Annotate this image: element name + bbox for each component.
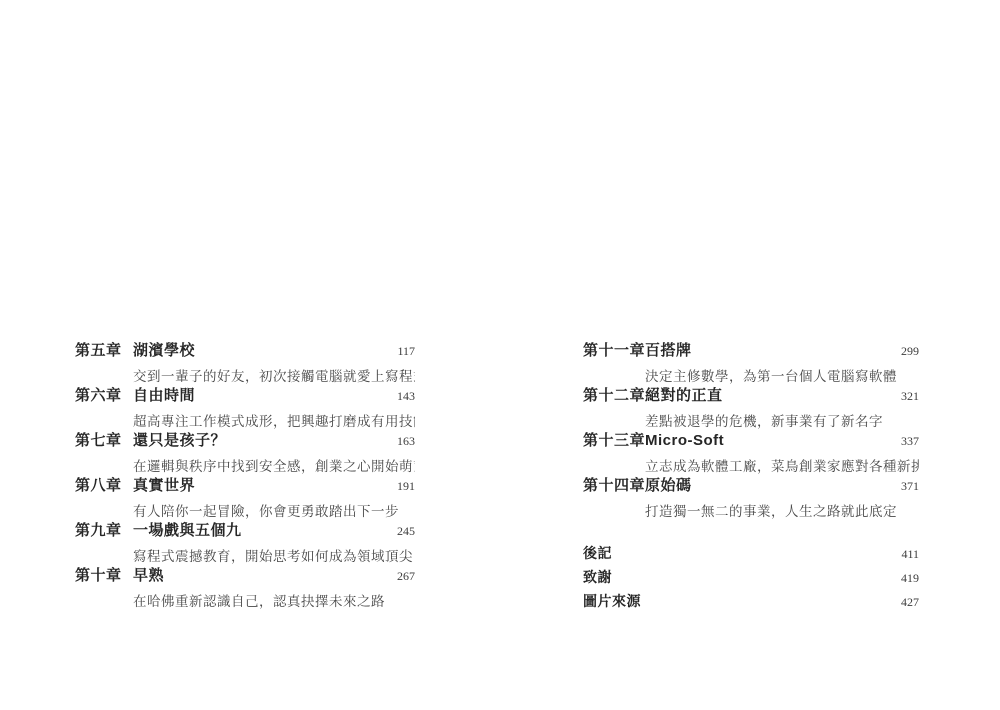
toc-entry-heading: 第十一章 百搭牌 299	[583, 339, 919, 360]
back-matter-section: 後記 411 致謝 419 圖片來源 427	[583, 543, 919, 615]
toc-entry-heading: 第十章 早熟 267	[75, 564, 415, 585]
chapter-title: 絕對的正直	[645, 384, 901, 405]
toc-entry: 第五章 湖濱學校 117 交到一輩子的好友，初次接觸電腦就愛上寫程式	[75, 339, 415, 384]
chapter-title: 還只是孩子？	[133, 429, 397, 450]
back-matter-title: 後記	[583, 543, 901, 563]
chapter-label: 第十一章	[583, 339, 645, 360]
chapter-subtitle: 打造獨一無二的事業，人生之路就此底定	[645, 500, 919, 520]
toc-entry: 第九章 一場戲與五個九 245 寫程式震撼教育，開始思考如何成為領域頂尖	[75, 519, 415, 564]
chapter-subtitle: 差點被退學的危機，新事業有了新名字	[645, 410, 919, 430]
book-toc-page: 第五章 湖濱學校 117 交到一輩子的好友，初次接觸電腦就愛上寫程式 第六章 自…	[0, 0, 1000, 710]
chapter-subtitle: 在哈佛重新認識自己，認真抉擇未來之路	[133, 590, 415, 610]
chapter-subtitle: 決定主修數學，為第一台個人電腦寫軟體	[645, 365, 919, 385]
chapter-title: Micro-Soft	[645, 432, 901, 449]
toc-entry: 第十三章 Micro-Soft 337 立志成為軟體工廠，菜鳥創業家應對各種新挑…	[583, 429, 919, 474]
toc-entry-heading: 第九章 一場戲與五個九 245	[75, 519, 415, 540]
chapter-label: 第九章	[75, 519, 133, 540]
chapter-subtitle: 立志成為軟體工廠，菜鳥創業家應對各種新挑戰	[645, 455, 919, 475]
toc-right-column: 第十一章 百搭牌 299 決定主修數學，為第一台個人電腦寫軟體 第十二章 絕對的…	[583, 339, 919, 615]
chapter-subtitle: 寫程式震撼教育，開始思考如何成為領域頂尖	[133, 545, 415, 565]
page-number: 299	[901, 344, 919, 359]
page-number: 191	[397, 479, 415, 494]
toc-entry: 第十章 早熟 267 在哈佛重新認識自己，認真抉擇未來之路	[75, 564, 415, 609]
page-number: 411	[901, 547, 919, 562]
chapter-subtitle: 在邏輯與秩序中找到安全感，創業之心開始萌芽	[133, 455, 415, 475]
toc-entry-heading: 第五章 湖濱學校 117	[75, 339, 415, 360]
page-number: 337	[901, 434, 919, 449]
back-matter-entry: 致謝 419	[583, 567, 919, 591]
page-number: 267	[397, 569, 415, 584]
page-number: 163	[397, 434, 415, 449]
page-number: 371	[901, 479, 919, 494]
toc-entry-heading: 第十二章 絕對的正直 321	[583, 384, 919, 405]
back-matter-title: 圖片來源	[583, 591, 901, 611]
back-matter-title: 致謝	[583, 567, 901, 587]
chapter-subtitle: 超高專注工作模式成形，把興趣打磨成有用技能	[133, 410, 415, 430]
toc-entry: 第十一章 百搭牌 299 決定主修數學，為第一台個人電腦寫軟體	[583, 339, 919, 384]
chapter-subtitle: 交到一輩子的好友，初次接觸電腦就愛上寫程式	[133, 365, 415, 385]
toc-entry: 第八章 真實世界 191 有人陪你一起冒險，你會更勇敢踏出下一步	[75, 474, 415, 519]
chapter-label: 第十三章	[583, 429, 645, 450]
toc-left-column: 第五章 湖濱學校 117 交到一輩子的好友，初次接觸電腦就愛上寫程式 第六章 自…	[75, 339, 415, 609]
page-number: 117	[397, 344, 415, 359]
page-number: 245	[397, 524, 415, 539]
chapter-title: 湖濱學校	[133, 339, 397, 360]
chapter-label: 第十章	[75, 564, 133, 585]
chapter-title: 自由時間	[133, 384, 397, 405]
page-number: 143	[397, 389, 415, 404]
page-number: 427	[901, 595, 919, 610]
toc-entry: 第十四章 原始碼 371 打造獨一無二的事業，人生之路就此底定	[583, 474, 919, 519]
chapter-title: 早熟	[133, 564, 397, 585]
back-matter-entry: 圖片來源 427	[583, 591, 919, 615]
toc-entry: 第十二章 絕對的正直 321 差點被退學的危機，新事業有了新名字	[583, 384, 919, 429]
chapter-label: 第八章	[75, 474, 133, 495]
chapter-title: 真實世界	[133, 474, 397, 495]
page-number: 321	[901, 389, 919, 404]
chapter-subtitle: 有人陪你一起冒險，你會更勇敢踏出下一步	[133, 500, 415, 520]
toc-entry-heading: 第十四章 原始碼 371	[583, 474, 919, 495]
chapter-title: 一場戲與五個九	[133, 519, 397, 540]
back-matter-entry: 後記 411	[583, 543, 919, 567]
toc-entry: 第六章 自由時間 143 超高專注工作模式成形，把興趣打磨成有用技能	[75, 384, 415, 429]
toc-entry-heading: 第八章 真實世界 191	[75, 474, 415, 495]
toc-entry-heading: 第七章 還只是孩子？ 163	[75, 429, 415, 450]
chapter-label: 第六章	[75, 384, 133, 405]
chapter-title: 百搭牌	[645, 339, 901, 360]
chapter-title: 原始碼	[645, 474, 901, 495]
toc-entry-heading: 第六章 自由時間 143	[75, 384, 415, 405]
chapter-label: 第十二章	[583, 384, 645, 405]
chapter-label: 第七章	[75, 429, 133, 450]
page-number: 419	[901, 571, 919, 586]
chapter-label: 第五章	[75, 339, 133, 360]
chapter-label: 第十四章	[583, 474, 645, 495]
toc-entry-heading: 第十三章 Micro-Soft 337	[583, 429, 919, 450]
toc-entry: 第七章 還只是孩子？ 163 在邏輯與秩序中找到安全感，創業之心開始萌芽	[75, 429, 415, 474]
